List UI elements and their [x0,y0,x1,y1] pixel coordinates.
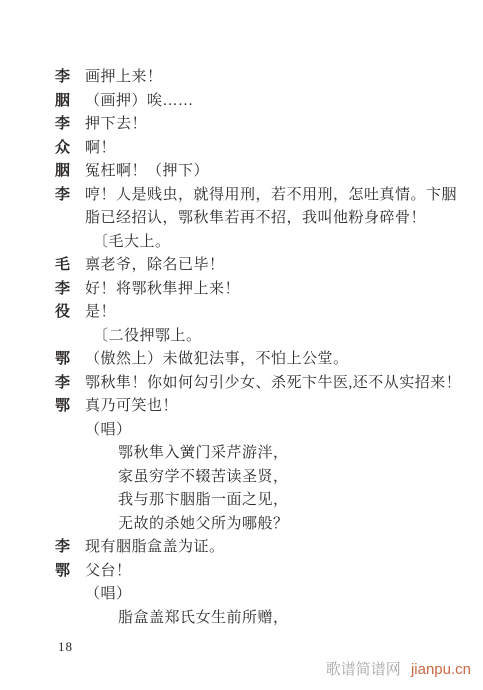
line-text: （唱） [85,586,132,602]
script-line-dialogue: 鄂父台！ [0,560,483,584]
line-text: 父台！ [85,563,132,579]
line-text: 家虽穷学不辍苦读圣贤， [118,469,289,485]
script-line-verse: 脂盒盖郑氏女生前所赠， [0,607,483,631]
line-text: 禀老爷，除名已毕！ [85,257,225,273]
page-number: 18 [58,638,73,656]
scanned-script-page: 李画押上来！胭（画押）唉……李押下去！众啊！胭冤枉啊！（押下）李哼！人是贱虫，就… [0,0,483,690]
speaker-label: 鄂 [55,395,85,419]
script-line-marker: （唱） [0,419,483,443]
speaker-label: 李 [55,113,85,137]
line-text: 是！ [85,304,116,320]
script-line-dialogue: 李画押上来！ [0,66,483,90]
watermark-site-url: jianpu.cn [411,661,471,678]
script-line-dialogue: 役是！ [0,301,483,325]
stage-direction-text: 〔毛大上。 [93,234,171,250]
line-text: 脂盒盖郑氏女生前所赠， [118,610,289,626]
script-line-stage: 〔二役押鄂上。 [0,325,483,349]
script-line-dialogue: 胭（画押）唉…… [0,90,483,114]
script-lines: 李画押上来！胭（画押）唉……李押下去！众啊！胭冤枉啊！（押下）李哼！人是贱虫，就… [0,66,483,630]
script-line-dialogue: 鄂真乃可笑也！ [0,395,483,419]
line-text: （傲然上）未做犯法事，不怕上公堂。 [85,351,349,367]
line-text: 鄂秋隼入黉门采芹游泮， [118,445,289,461]
speaker-label: 众 [55,137,85,161]
script-line-dialogue: 李鄂秋隼！你如何勾引少女、杀死卞牛医,还不从实招来！ [0,372,483,396]
script-line-verse: 我与那卞胭脂一面之见， [0,489,483,513]
line-text: （画押）唉…… [85,93,194,109]
speaker-label: 李 [55,536,85,560]
line-text: 画押上来！ [85,69,163,85]
line-text: 哼！人是贱虫，就得用刑，若不用刑，怎吐真情。卞胭 [85,187,457,203]
script-line-dialogue: 众啊！ [0,137,483,161]
script-line-verse: 家虽穷学不辍苦读圣贤， [0,466,483,490]
line-text: 现有胭脂盒盖为证。 [85,539,225,555]
line-text: 好！将鄂秋隼押上来！ [85,281,240,297]
speaker-label: 役 [55,301,85,325]
script-line-continuation: 脂已经招认，鄂秋隼若再不招，我叫他粉身碎骨！ [0,207,483,231]
speaker-label: 毛 [55,254,85,278]
speaker-label: 鄂 [55,348,85,372]
script-line-stage: 〔毛大上。 [0,231,483,255]
script-line-dialogue: 李押下去！ [0,113,483,137]
speaker-label: 李 [55,372,85,396]
speaker-label: 李 [55,184,85,208]
script-line-dialogue: 李哼！人是贱虫，就得用刑，若不用刑，怎吐真情。卞胭 [0,184,483,208]
script-line-verse: 鄂秋隼入黉门采芹游泮， [0,442,483,466]
line-text: 我与那卞胭脂一面之见， [118,492,289,508]
watermark: 歌谱简谱网 jianpu.cn [326,660,471,680]
line-text: 无故的杀她父所为哪般？ [118,516,289,532]
script-line-dialogue: 毛禀老爷，除名已毕！ [0,254,483,278]
line-text: 脂已经招认，鄂秋隼若再不招，我叫他粉身碎骨！ [85,210,426,226]
line-text: 真乃可笑也！ [85,398,178,414]
script-line-dialogue: 鄂（傲然上）未做犯法事，不怕上公堂。 [0,348,483,372]
script-line-verse: 无故的杀她父所为哪般？ [0,513,483,537]
speaker-label: 胭 [55,90,85,114]
speaker-label: 李 [55,66,85,90]
line-text: 冤枉啊！（押下） [85,163,209,179]
script-line-dialogue: 胭冤枉啊！（押下） [0,160,483,184]
line-text: 押下去！ [85,116,147,132]
line-text: （唱） [85,422,132,438]
speaker-label: 胭 [55,160,85,184]
watermark-site-name: 歌谱简谱网 [326,661,401,678]
stage-direction-text: 〔二役押鄂上。 [93,328,202,344]
script-line-dialogue: 李现有胭脂盒盖为证。 [0,536,483,560]
speaker-label: 李 [55,278,85,302]
line-text: 啊！ [85,140,116,156]
script-line-dialogue: 李好！将鄂秋隼押上来！ [0,278,483,302]
speaker-label: 鄂 [55,560,85,584]
script-line-marker: （唱） [0,583,483,607]
line-text: 鄂秋隼！你如何勾引少女、杀死卞牛医,还不从实招来！ [85,375,461,391]
